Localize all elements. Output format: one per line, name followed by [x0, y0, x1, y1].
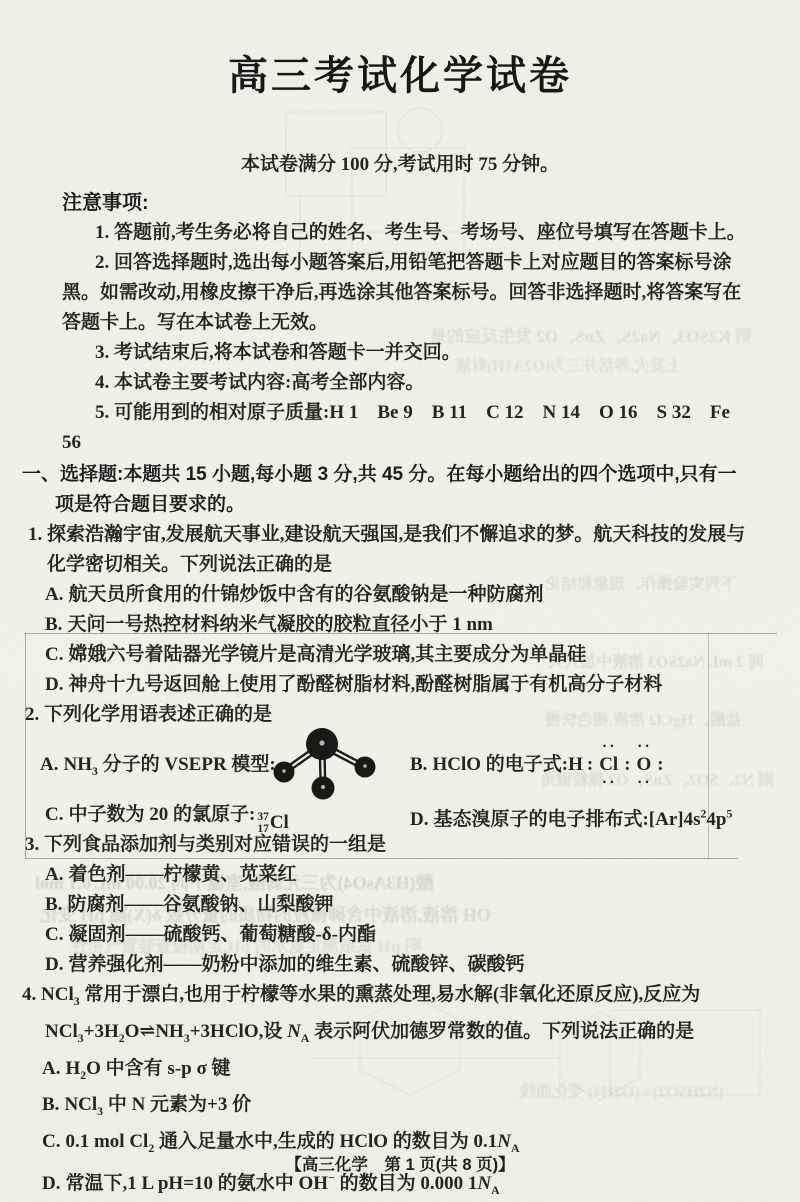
question-2-row-ab: A.NH3 分子的 VSEPR 模型: [0, 730, 800, 800]
notice-item-1: 1. 答题前,考生务必将自己的姓名、考生号、考场号、座位号填写在答题卡上。 [62, 218, 750, 248]
question-stem: 1. 探索浩瀚宇宙,发展航天事业,建设航天强国,是我们不懈追求的梦。航天科技的发… [28, 520, 750, 580]
option-text: 着色剂——柠檬黄、苋菜红 [68, 864, 296, 885]
option-b: B.NCl3 中 N 元素为+3 价 [42, 1090, 760, 1127]
option-label: C. [45, 924, 63, 945]
exam-paper-page: 则 K2SO3、Na2S、ZnS、O2 发生反应的是 上发火,养活并三为(O2A… [0, 0, 800, 1202]
atom-cl-with-lone-pairs: Cl [597, 750, 620, 780]
option-label: D. [45, 674, 63, 695]
option-a: A.H2O 中含有 s-p σ 键 [42, 1054, 760, 1091]
option-label: B. [42, 1094, 59, 1115]
notice-item-5: 5. 可能用到的相对原子质量:H 1 Be 9 B 11 C 12 N 14 O… [62, 398, 750, 458]
option-label: A. [45, 584, 63, 605]
question-stem-text: 探索浩瀚宇宙,发展航天事业,建设航天强国,是我们不懈追求的梦。航天科技的发展与化… [47, 524, 745, 575]
section-one-heading: 一、选择题:本题共 15 小题,每小题 3 分,共 45 分。在每小题给出的四个… [22, 460, 752, 520]
option-text: 天问一号热控材料纳米气凝胶的胶粒直径小于 1 nm [67, 614, 492, 635]
question-2: 2. 下列化学用语表述正确的是 A.NH3 分子的 VSEPR 模型: [0, 700, 800, 830]
option-text: 航天员所食用的什锦炒饭中含有的谷氨酸钠是一种防腐剂 [68, 584, 543, 605]
option-text: 神舟十九号返回舱上使用了酚醛树脂材料,酚醛树脂属于有机高分子材料 [68, 674, 662, 695]
atomic-number: 17 [257, 823, 269, 835]
option-pre-text: 中子数为 20 的氯原子: [68, 804, 255, 825]
option-d: D.神舟十九号返回舱上使用了酚醛树脂材料,酚醛树脂属于有机高分子材料 [45, 670, 760, 700]
option-pre-text: HClO 的电子式: [432, 754, 568, 775]
option-d: D.营养强化剂——奶粉中添加的维生素、硫酸锌、碳酸钙 [45, 950, 760, 980]
question-number: 1. [28, 524, 42, 545]
question-number: 4. [22, 984, 36, 1005]
option-label: B. [45, 894, 62, 915]
option-text: NH3 分子的 VSEPR 模型: [63, 754, 275, 775]
option-text: 营养强化剂——奶粉中添加的维生素、硫酸锌、碳酸钙 [68, 954, 524, 975]
option-c: C.凝固剂——硫酸钙、葡萄糖酸-δ-内酯 [45, 920, 760, 950]
question-1: 1. 探索浩瀚宇宙,发展航天事业,建设航天强国,是我们不懈追求的梦。航天科技的发… [0, 520, 800, 700]
option-d: D.基态溴原子的电子排布式:[Ar]4s24p5 [410, 800, 732, 835]
bond-pair-colon: : [624, 754, 630, 775]
question-stem-text: 下列化学用语表述正确的是 [44, 704, 272, 725]
question-stem-text: NCl3 常用于漂白,也用于柠檬等水果的熏蒸处理,易水解(非氧化还原反应),反应… [41, 984, 700, 1042]
electron-dot-formula: H:Cl:O: [568, 754, 668, 775]
option-a: A.航天员所食用的什锦炒饭中含有的谷氨酸钠是一种防腐剂 [45, 580, 760, 610]
notice-item-4: 4. 本试卷主要考试内容:高考全部内容。 [62, 368, 750, 398]
element-symbol: Cl [270, 808, 289, 838]
option-text: 嫦娥六号着陆器光学镜片是高清光学玻璃,其主要成分为单晶硅 [68, 644, 586, 665]
question-stem: 4. NCl3 常用于漂白,也用于柠檬等水果的熏蒸处理,易水解(非氧化还原反应)… [22, 980, 750, 1054]
question-number: 3. [25, 834, 39, 855]
option-a: A.着色剂——柠檬黄、苋菜红 [45, 860, 760, 890]
isotope-notation: 3717Cl [255, 808, 289, 838]
question-2-row-cd: C.中子数为 20 的氯原子:3717Cl D.基态溴原子的电子排布式:[Ar]… [0, 800, 800, 830]
notice-heading: 注意事项: [62, 188, 800, 218]
atom-h: H [568, 754, 583, 775]
bond-pair-colon: : [587, 754, 593, 775]
option-label: C. [45, 804, 63, 825]
option-text: NCl3 中 N 元素为+3 价 [64, 1094, 251, 1115]
question-3: 3. 下列食品添加剂与类别对应错误的一组是 A.着色剂——柠檬黄、苋菜红 B.防… [0, 830, 800, 980]
option-text: 凝固剂——硫酸钙、葡萄糖酸-δ-内酯 [68, 924, 376, 945]
option-text: 防腐剂——谷氨酸钠、山梨酸钾 [67, 894, 333, 915]
page-title: 高三考试化学试卷 [0, 0, 800, 100]
option-label: D. [410, 809, 428, 830]
atom-o-with-lone-pairs: O [635, 750, 654, 780]
question-stem: 2. 下列化学用语表述正确的是 [25, 700, 750, 730]
electron-configuration: 基态溴原子的电子排布式:[Ar]4s24p5 [433, 809, 732, 830]
vsepr-ball-and-stick-model [272, 724, 384, 802]
option-label: A. [40, 754, 58, 775]
option-text: H2O 中含有 s-p σ 键 [65, 1058, 230, 1079]
option-label: C. [45, 644, 63, 665]
option-a: A.NH3 分子的 VSEPR 模型: [40, 750, 276, 787]
notice-item-3: 3. 考试结束后,将本试卷和答题卡一并交回。 [62, 338, 750, 368]
question-number: 2. [25, 704, 39, 725]
option-label: B. [45, 614, 62, 635]
exam-meta-line: 本试卷满分 100 分,考试用时 75 分钟。 [0, 150, 800, 180]
option-b: B.HClO 的电子式:H:Cl:O: [410, 750, 668, 780]
option-b: B.天问一号热控材料纳米气凝胶的胶粒直径小于 1 nm [45, 610, 760, 640]
option-c: C.嫦娥六号着陆器光学镜片是高清光学玻璃,其主要成分为单晶硅 [45, 640, 760, 670]
lone-pair-colon: : [657, 754, 663, 775]
page-footer: 【高三化学 第 1 页(共 8 页)】 [0, 1150, 800, 1180]
notice-block: 注意事项: 1. 答题前,考生务必将自己的姓名、考生号、考场号、座位号填写在答题… [0, 188, 800, 458]
notice-item-2: 2. 回答选择题时,选出每小题答案后,用铅笔把答题卡上对应题目的答案标号涂黑。如… [62, 248, 750, 338]
option-c: C.中子数为 20 的氯原子:3717Cl [45, 800, 289, 838]
mass-number: 37 [257, 811, 269, 823]
option-label: A. [42, 1058, 60, 1079]
option-label: B. [410, 754, 427, 775]
option-b: B.防腐剂——谷氨酸钠、山梨酸钾 [45, 890, 760, 920]
option-label: A. [45, 864, 63, 885]
option-label: D. [45, 954, 63, 975]
